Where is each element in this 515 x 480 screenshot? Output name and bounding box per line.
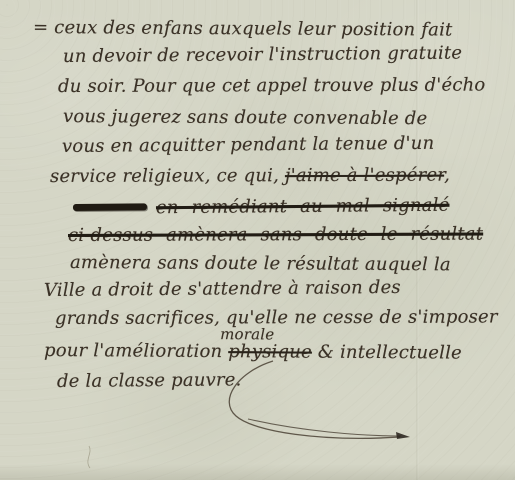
- struck-text: ci-dessus amènera sans doute le résultat: [68, 224, 483, 246]
- manuscript-line-2: un devoir de recevoir l'instruction grat…: [63, 44, 462, 68]
- line-text: Ville a droit de s'attendre à raison des: [44, 277, 401, 301]
- struck-text: j'aime à l'espérer: [285, 165, 444, 187]
- manuscript-line-11: grands sacrifices, qu'elle ne cesse de s…: [55, 307, 498, 329]
- manuscript-line-7: en remédiant au mal signalé: [73, 196, 450, 220]
- line-text: pour l'amélioration: [44, 340, 228, 362]
- line-text: un devoir de recevoir l'instruction grat…: [63, 43, 462, 67]
- line-text: & intellectuelle: [312, 342, 462, 364]
- line-text: amènera sans doute le résultat auquel la: [70, 252, 451, 275]
- line-text: service religieux, ce qui,: [50, 165, 285, 187]
- manuscript-line-13: de la classe pauvre.: [57, 370, 242, 392]
- struck-text: en remédiant au mal signalé: [156, 195, 450, 219]
- inserted-word-above-line: morale: [220, 326, 274, 344]
- manuscript-line-12: pour l'amélioration physique & intellect…: [44, 341, 462, 364]
- manuscript-line-4: vous jugerez sans doute convenable de: [63, 107, 427, 130]
- manuscript-line-9: amènera sans doute le résultat auquel la: [70, 253, 451, 276]
- manuscript-line-10: Ville a droit de s'attendre à raison des: [44, 278, 401, 302]
- line-text: vous jugerez sans doute convenable de: [63, 106, 427, 129]
- manuscript-line-8: ci-dessus amènera sans doute le résultat: [68, 225, 483, 247]
- line-text: ,: [444, 165, 450, 186]
- struck-text: physique: [228, 341, 312, 363]
- line-text: vous en acquitter pendant la tenue d'un: [62, 133, 435, 157]
- manuscript-line-1: = ceux des enfans auxquels leur position…: [33, 18, 453, 41]
- manuscript-line-6: service religieux, ce qui, j'aime à l'es…: [50, 166, 450, 188]
- bottom-edge-shadow: [0, 464, 515, 480]
- ink-scribble-mark: [73, 203, 147, 211]
- manuscript-page: = ceux des enfans auxquels leur position…: [0, 0, 515, 480]
- manuscript-line-5: vous en acquitter pendant la tenue d'un: [62, 134, 435, 158]
- line-text: du soir. Pour que cet appel trouve plus …: [58, 75, 486, 97]
- line-text: = ceux des enfans auxquels leur position…: [33, 17, 453, 41]
- manuscript-line-3: du soir. Pour que cet appel trouve plus …: [58, 76, 486, 98]
- line-text: de la classe pauvre.: [57, 369, 242, 392]
- line-text: grands sacrifices, qu'elle ne cesse de s…: [55, 306, 498, 329]
